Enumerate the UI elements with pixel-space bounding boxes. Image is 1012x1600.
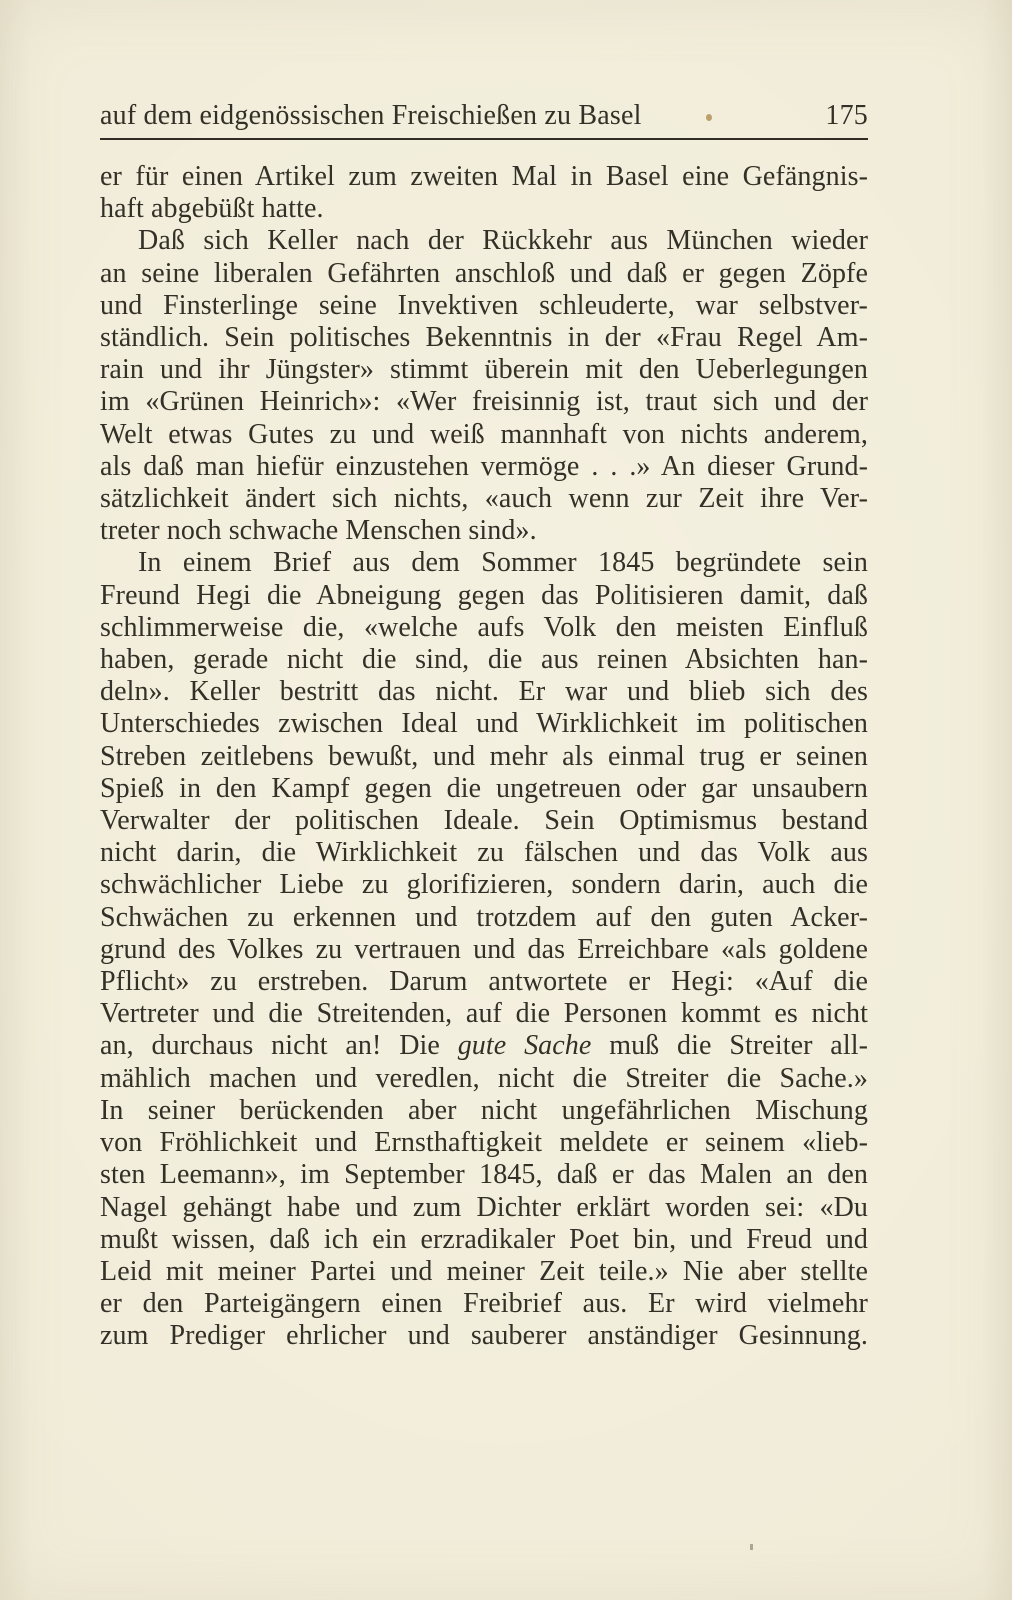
text-line: im «Grünen Heinrich»: «Wer freisinnig is… <box>100 386 868 418</box>
text-line: er für einen Artikel zum zweiten Mal in … <box>100 161 868 193</box>
text-line: Pflicht» zu erstreben. Darum antwortete … <box>100 966 868 998</box>
text-line: Leid mit meiner Partei und meiner Zeit t… <box>100 1256 868 1288</box>
text-line: sten Leemann», im September 1845, daß er… <box>100 1159 868 1191</box>
text-line: Schwächen zu erkennen und trotzdem auf d… <box>100 902 868 934</box>
text-line: ständlich. Sein politisches Bekenntnis i… <box>100 322 868 354</box>
text-line: mählich machen und veredlen, nicht die S… <box>100 1063 868 1095</box>
text-line: grund des Volkes zu vertrauen und das Er… <box>100 934 868 966</box>
text-line: an seine liberalen Gefährten anschloß un… <box>100 258 868 290</box>
text-line: haben, gerade nicht die sind, die aus re… <box>100 644 868 676</box>
text-line: schlimmerweise die, «welche aufs Volk de… <box>100 612 868 644</box>
text-column: auf dem eidgenössischen Freischießen zu … <box>100 101 868 1353</box>
ink-speck <box>750 1544 753 1550</box>
book-page: auf dem eidgenössischen Freischießen zu … <box>0 0 1012 1600</box>
text-line: deln». Keller bestritt das nicht. Er war… <box>100 676 868 708</box>
text-line: er den Parteigängern einen Freibrief aus… <box>100 1288 868 1320</box>
text-line: In seiner berückenden aber nicht ungefäh… <box>100 1095 868 1127</box>
text-line: nicht darin, die Wirklichkeit zu fälsche… <box>100 837 868 869</box>
text-line: In einem Brief aus dem Sommer 1845 begrü… <box>100 547 868 579</box>
text-line: als daß man hiefür einzustehen vermöge .… <box>100 451 868 483</box>
text-line: Unterschiedes zwischen Ideal und Wirklic… <box>100 708 868 740</box>
header-rule <box>100 138 868 140</box>
text-line: mußt wissen, daß ich ein erzradikaler Po… <box>100 1224 868 1256</box>
running-title: auf dem eidgenössischen Freischießen zu … <box>100 101 642 131</box>
page-number: 175 <box>825 101 868 131</box>
text-line: von Fröhlichkeit und Ernsthaftigkeit mel… <box>100 1127 868 1159</box>
text-line: zum Prediger ehrlicher und sauberer anst… <box>100 1320 868 1352</box>
text-line: Streben zeitlebens bewußt, und mehr als … <box>100 741 868 773</box>
text-line: Nagel gehängt habe und zum Dichter erklä… <box>100 1192 868 1224</box>
running-header: auf dem eidgenössischen Freischießen zu … <box>100 101 868 131</box>
text-line: sätzlichkeit ändert sich nichts, «auch w… <box>100 483 868 515</box>
text-line: und Finsterlinge seine Invektiven schleu… <box>100 290 868 322</box>
ink-speck <box>706 114 712 121</box>
text-line: treter noch schwache Menschen sind». <box>100 515 868 547</box>
text-line: Daß sich Keller nach der Rückkehr aus Mü… <box>100 225 868 257</box>
text-line: Verwalter der politischen Ideale. Sein O… <box>100 805 868 837</box>
page-text: er für einen Artikel zum zweiten Mal in … <box>100 161 868 1353</box>
text-line: rain und ihr Jüngster» stimmt überein mi… <box>100 354 868 386</box>
italic-phrase: gute Sache <box>458 1030 592 1061</box>
text-line: schwächlicher Liebe zu glorifizieren, so… <box>100 869 868 901</box>
text-line: an, durchaus nicht an! Die gute Sache mu… <box>100 1030 868 1062</box>
text-line: Freund Hegi die Abneigung gegen das Poli… <box>100 580 868 612</box>
text-line: Vertreter und die Streitenden, auf die P… <box>100 998 868 1030</box>
text-line: Spieß in den Kampf gegen die ungetreuen … <box>100 773 868 805</box>
text-line: Welt etwas Gutes zu und weiß mannhaft vo… <box>100 419 868 451</box>
text-line: haft abgebüßt hatte. <box>100 193 868 225</box>
